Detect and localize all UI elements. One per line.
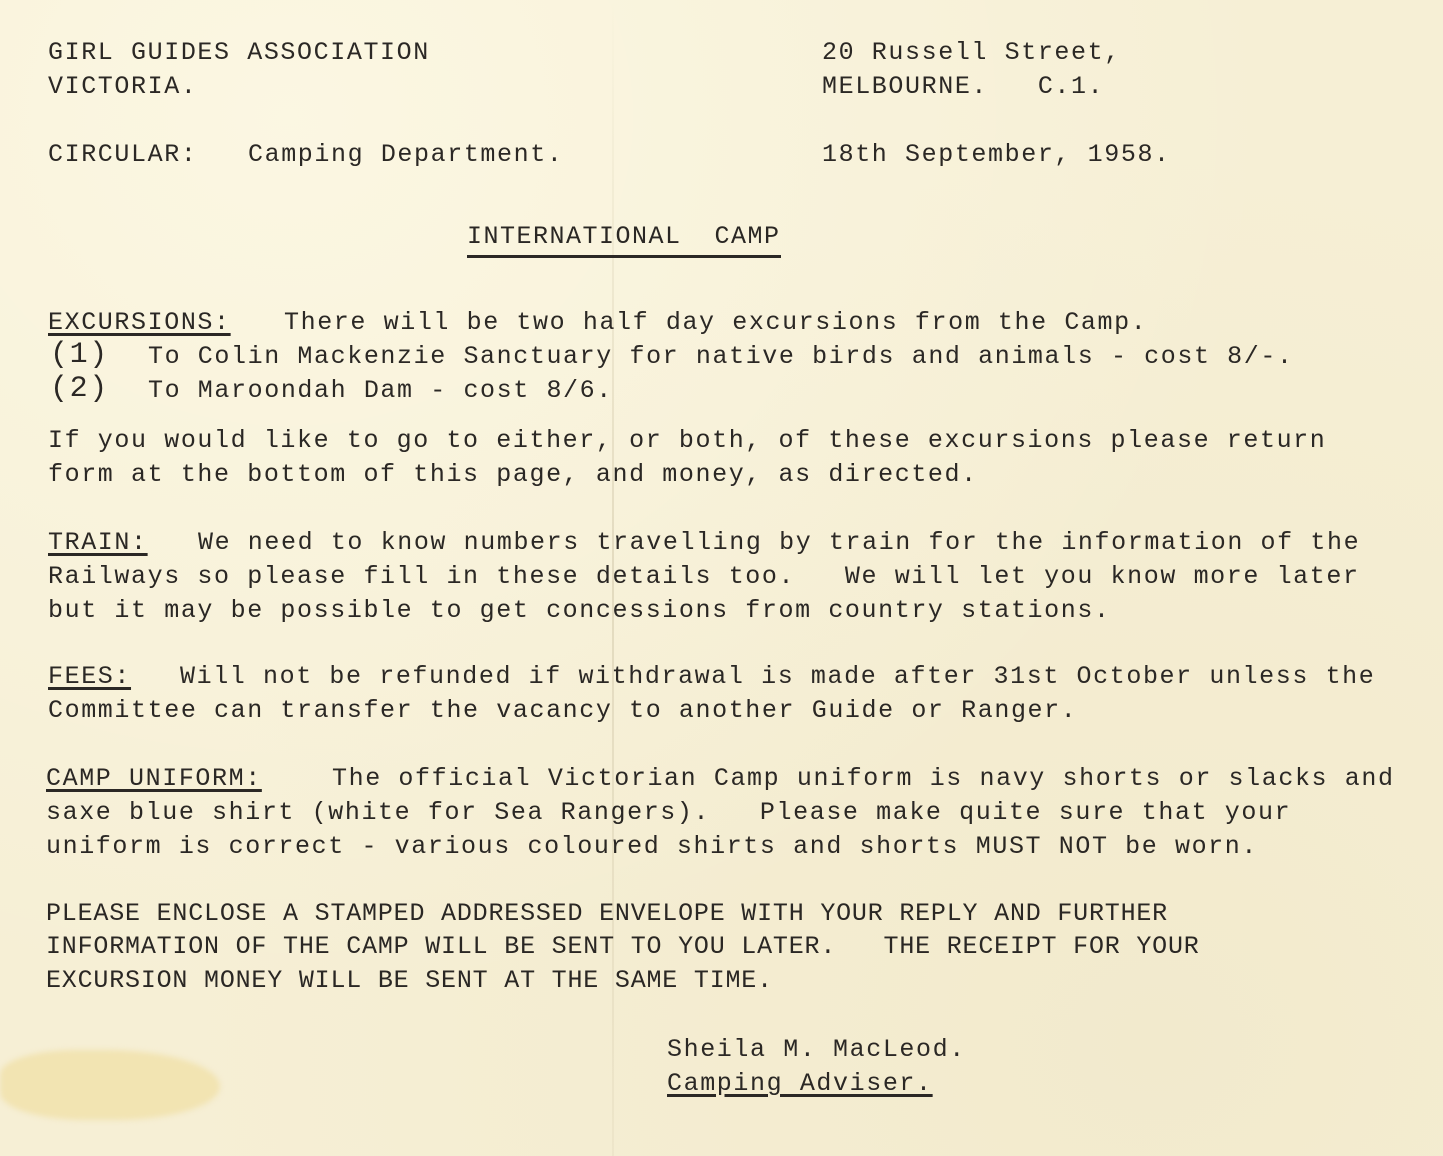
org-region: VICTORIA. xyxy=(48,70,197,104)
address-street: 20 Russell Street, xyxy=(822,36,1121,70)
notice-line: PLEASE ENCLOSE A STAMPED ADDRESSED ENVEL… xyxy=(46,897,1168,931)
train-label: TRAIN: xyxy=(48,526,148,560)
uniform-text-line: saxe blue shirt (white for Sea Rangers).… xyxy=(46,796,1291,830)
excursions-followup-line: form at the bottom of this page, and mon… xyxy=(48,458,978,492)
fees-text-line: Will not be refunded if withdrawal is ma… xyxy=(180,660,1375,694)
uniform-text-line: uniform is correct - various coloured sh… xyxy=(46,830,1258,864)
excursion-item-text: To Colin Mackenzie Sanctuary for native … xyxy=(148,340,1294,374)
train-text-line: but it may be possible to get concession… xyxy=(48,594,1111,628)
circular-label: CIRCULAR: xyxy=(48,138,197,172)
paper-stain xyxy=(0,1050,220,1120)
uniform-label: CAMP UNIFORM: xyxy=(46,762,262,796)
train-text-line: We need to know numbers travelling by tr… xyxy=(198,526,1360,560)
address-city: MELBOURNE. C.1. xyxy=(822,70,1104,104)
signature-name: Sheila M. MacLeod. xyxy=(667,1033,966,1067)
uniform-text-line: The official Victorian Camp uniform is n… xyxy=(332,762,1395,796)
circular-department: Camping Department. xyxy=(248,138,563,172)
excursions-label: EXCURSIONS: xyxy=(48,306,231,340)
excursion-item-text: To Maroondah Dam - cost 8/6. xyxy=(148,374,613,408)
excursions-intro: There will be two half day excursions fr… xyxy=(284,306,1147,340)
notice-line: EXCURSION MONEY WILL BE SENT AT THE SAME… xyxy=(46,964,773,998)
excursion-item-number: (1) xyxy=(50,338,109,372)
org-name: GIRL GUIDES ASSOCIATION xyxy=(48,36,430,70)
train-text-line: Railways so please fill in these details… xyxy=(48,560,1360,594)
excursions-followup-line: If you would like to go to either, or bo… xyxy=(48,424,1326,458)
excursion-item-number: (2) xyxy=(50,372,109,406)
fees-label: FEES: xyxy=(48,660,131,694)
notice-line: INFORMATION OF THE CAMP WILL BE SENT TO … xyxy=(46,930,1200,964)
document-title: INTERNATIONAL CAMP xyxy=(467,220,781,258)
letter-date: 18th September, 1958. xyxy=(822,138,1171,172)
fees-text-line: Committee can transfer the vacancy to an… xyxy=(48,694,1077,728)
signature-title: Camping Adviser. xyxy=(667,1067,933,1101)
